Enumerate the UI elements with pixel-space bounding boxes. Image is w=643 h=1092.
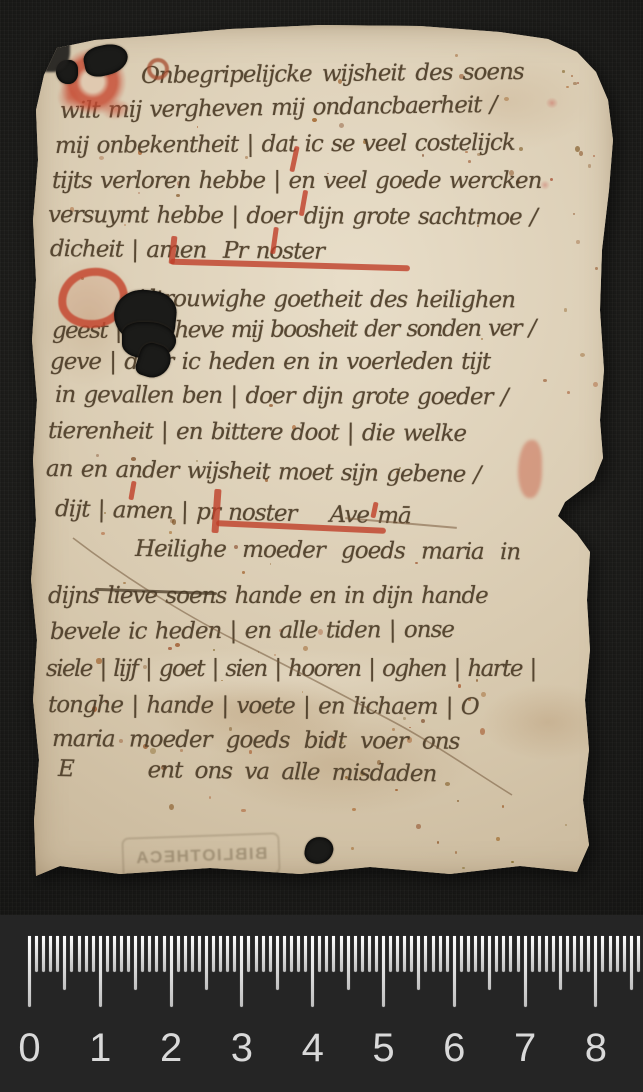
ruler-number: 0 [18,1026,40,1071]
ruler-tick [559,936,562,990]
ruler-number: 8 [585,1026,607,1071]
manuscript-line: bevele ic heden | en alle tiden | onse [50,619,454,644]
ruler-tick [325,936,328,972]
manuscript-line: in gevallen ben | doer dijn grote goeder… [55,384,508,409]
ruler-number: 5 [372,1026,394,1071]
ruler-tick [283,936,286,972]
manuscript-line: Heilighe moeder goeds maria in [135,538,520,564]
ruler-tick [155,936,158,972]
ruler-tick [354,936,357,972]
ruler-tick [106,936,109,972]
ruler-tick [56,936,59,972]
ruler-tick [212,936,215,972]
ruler-tick [177,936,180,972]
ruler-numbers: 012345678 [0,1026,643,1082]
ruler-tick [70,936,73,972]
ruler-tick [389,936,392,972]
ruler-tick [580,936,583,972]
ruler-tick [198,936,201,972]
ruler-tick [304,936,307,972]
ruler-tick [609,936,612,972]
ruler-tick [601,936,604,972]
ruler-tick [290,936,293,972]
ruler-ticks [0,936,643,1008]
ruler-tick [163,936,166,972]
manuscript-line: Altrouwighe goetheit des heilighen [133,288,515,312]
ruler-number: 2 [160,1026,182,1071]
ruler-tick [432,936,435,972]
ruler-tick [28,936,31,1007]
ruler-tick [495,936,498,972]
manuscript-line: geve | daer ic heden en in voerleden tij… [50,351,490,374]
red-pigment-blob [518,440,542,498]
stamp-second-line [128,873,260,889]
ruler-tick [538,936,541,972]
ruler-tick [340,936,343,972]
ruler-tick [566,936,569,972]
ruler-tick [481,936,484,972]
ruler-tick [184,936,187,972]
ruler-tick [262,936,265,972]
ruler-tick [99,936,102,1007]
ruler-tick [594,936,597,1007]
manuscript-line: tijts verloren hebbe | en veel goede wer… [52,170,541,193]
red-ring-mark [147,58,169,80]
ruler-tick [297,936,300,972]
ruler-tick [141,936,144,972]
ruler-tick [502,936,505,972]
ruler-tick [148,936,151,972]
ruler-number: 7 [514,1026,536,1071]
ruler-tick [630,936,633,990]
ruler-tick [424,936,427,972]
ruler-tick [382,936,385,1007]
ruler-tick [552,936,555,972]
manuscript-line: Onbegripelijcke wijsheit des soens [141,61,524,88]
ruler-tick [488,936,491,990]
ruler-tick [474,936,477,972]
ruler-tick [616,936,619,972]
ruler-tick [85,936,88,972]
manuscript-line: an en ander wijsheit moet sijn gebene / [46,458,481,487]
manuscript-line: versuymt hebbe | doer dijn grote sachtmo… [48,204,537,230]
ruler-tick [361,936,364,972]
ruler-tick [134,936,137,990]
ruler-tick [205,936,208,990]
ruler-tick [170,936,173,1007]
ruler-tick [78,936,81,972]
ruler-tick [35,936,38,972]
ruler-tick [446,936,449,972]
ruler-tick [368,936,371,972]
ruler-number: 1 [89,1026,111,1071]
manuscript-line: siele | lijf | goet | sien | hooren | og… [46,658,536,681]
ruler-tick [255,936,258,972]
ruler-tick [637,936,640,972]
edge-tear [28,22,70,72]
ruler-tick [623,936,626,972]
ruler-tick [276,936,279,990]
manuscript-line: mij onbekentheit | dat ic se veel costel… [55,132,515,158]
ruler-tick [524,936,527,1007]
ruler-number: 3 [231,1026,253,1071]
ruler-tick [127,936,130,972]
ruler-tick [113,936,116,972]
ruler-number: 6 [443,1026,465,1071]
ruler-tick [587,936,590,972]
ruler-tick [467,936,470,972]
parchment-fragment: BIBLIOTHECA Onbegripelijcke wijsheit des… [28,22,620,882]
ruler-tick [311,936,314,1007]
ruler-tick [269,936,272,972]
ruler-tick [396,936,399,972]
manuscript-line: maria moeder goeds bidt voer ons [52,728,460,754]
ruler-number: 4 [302,1026,324,1071]
ruler-tick [403,936,406,972]
manuscript-line: E ent ons va alle misdaden [58,758,437,786]
manuscript-line: tierenheit | en bittere doot | die welke [48,420,466,446]
ruler-tick [545,936,548,972]
ruler-tick [332,936,335,972]
ruler-tick [191,936,194,972]
ruler-tick [42,936,45,972]
ruler-tick [410,936,413,972]
ruler-tick [439,936,442,972]
ruler-tick [63,936,66,990]
ruler-tick [347,936,350,990]
ruler-tick [226,936,229,972]
ruler-tick [509,936,512,972]
ruler-tick [318,936,321,972]
ruler-tick [417,936,420,990]
ruler-tick [453,936,456,1007]
photo-stage: BIBLIOTHECA Onbegripelijcke wijsheit des… [0,0,643,1092]
ruler-tick [247,936,250,972]
ruler-tick [573,936,576,972]
ruler-tick [219,936,222,972]
ruler-tick [460,936,463,972]
ruler-tick [517,936,520,972]
ruler-tick [531,936,534,972]
ruler-tick [120,936,123,972]
ruler-tick [233,936,236,972]
ruler-tick [92,936,95,972]
ruler-tick [49,936,52,972]
manuscript-line: tonghe | hande | voete | en lichaem | O [48,694,479,719]
ruler-tick [375,936,378,972]
ruler-tick [240,936,243,1007]
parchment-wrap: BIBLIOTHECA Onbegripelijcke wijsheit des… [0,0,643,1092]
